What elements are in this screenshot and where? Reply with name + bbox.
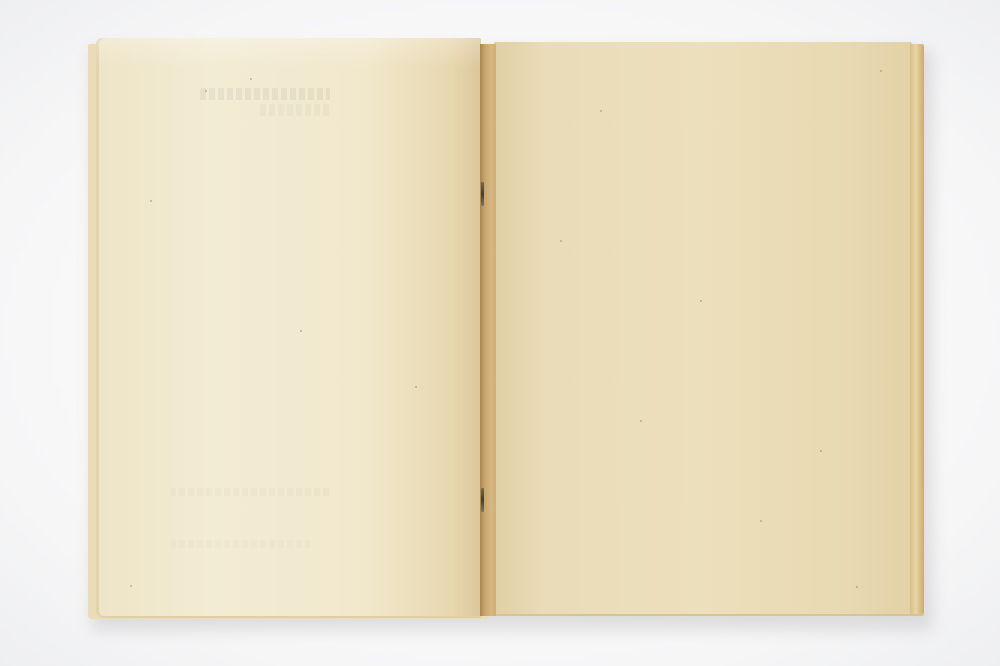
paper-speck [760,520,762,522]
right-page [494,42,912,614]
paper-speck [415,386,417,388]
spine-gutter [480,44,496,616]
paper-speck [700,300,702,302]
left-page [96,38,481,618]
staple-icon [481,488,484,512]
paper-speck [300,330,302,332]
paper-speck [880,70,882,72]
paper-speck [150,200,152,202]
staple-icon [481,182,484,206]
show-through-mark [170,540,310,548]
paper-speck [130,585,132,587]
show-through-mark [170,488,330,496]
right-page-edges [910,44,924,614]
show-through-mark [200,88,330,100]
paper-speck [205,90,207,92]
paper-speck [856,586,858,588]
paper-speck [640,420,642,422]
paper-speck [820,450,822,452]
show-through-mark [260,104,330,116]
paper-speck [600,110,602,112]
paper-speck [560,240,562,242]
paper-speck [250,78,252,80]
